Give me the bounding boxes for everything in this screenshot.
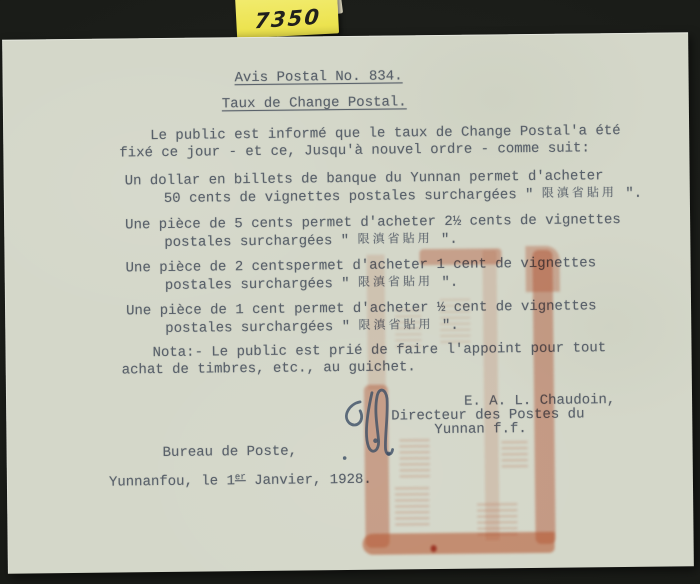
rate-item-1-line-2-text: 50 cents de vignettes postales surchargé… [164,187,542,207]
red-ink-dot [431,545,437,552]
doc-subtitle: Taux de Change Postal. [222,94,407,112]
stamp-seal-text-marks [395,309,421,349]
stamp-border-right [532,250,555,544]
handwritten-signature [336,383,427,469]
doc-title: Avis Postal No. 834. [234,68,402,86]
footer-date-ordinal: er [235,472,246,482]
rate-item-4-line-2-text: postales surchargées " [165,319,358,337]
stamp-seal-text-marks [395,487,429,527]
rate-item-1-line-2-end: ". [617,186,642,202]
stamp-seal-text-marks [477,503,517,537]
document-paper: Avis Postal No. 834. Taux de Change Post… [2,32,694,573]
inventory-number: 7350 [253,5,322,39]
stamp-border-left-faded [366,255,385,390]
rate-item-2-line-2-end: ". [432,232,457,248]
stamp-seal-text-marks [502,441,528,471]
photo-backdrop: 7350 Avis Postal No. 834. Taux de Change… [0,0,700,584]
rate-item-2-line-1: Une pièce de 5 cents permet d'acheter 2½… [125,212,621,233]
rate-item-2-line-2-text: postales surchargées " [164,233,357,251]
rate-item-3-line-2-text: postales surchargées " [165,276,358,294]
footer-date-text: Yunnanfou, le 1 [109,473,235,490]
stamp-border-bottom [362,532,554,555]
footer-office: Bureau de Poste, [163,444,298,461]
cjk-overprint-text: 限滇省貼用 [357,232,432,247]
stamp-inner-smear [482,250,499,540]
footer-date: Yunnanfou, le 1er Janvier, 1928. [109,468,372,491]
cjk-overprint-text: 限滇省貼用 [542,186,617,201]
inventory-sticky-note: 7350 [235,0,339,39]
stamp-seal-text-marks [440,299,470,343]
footer-date-end: Janvier, 1928. [246,472,372,489]
